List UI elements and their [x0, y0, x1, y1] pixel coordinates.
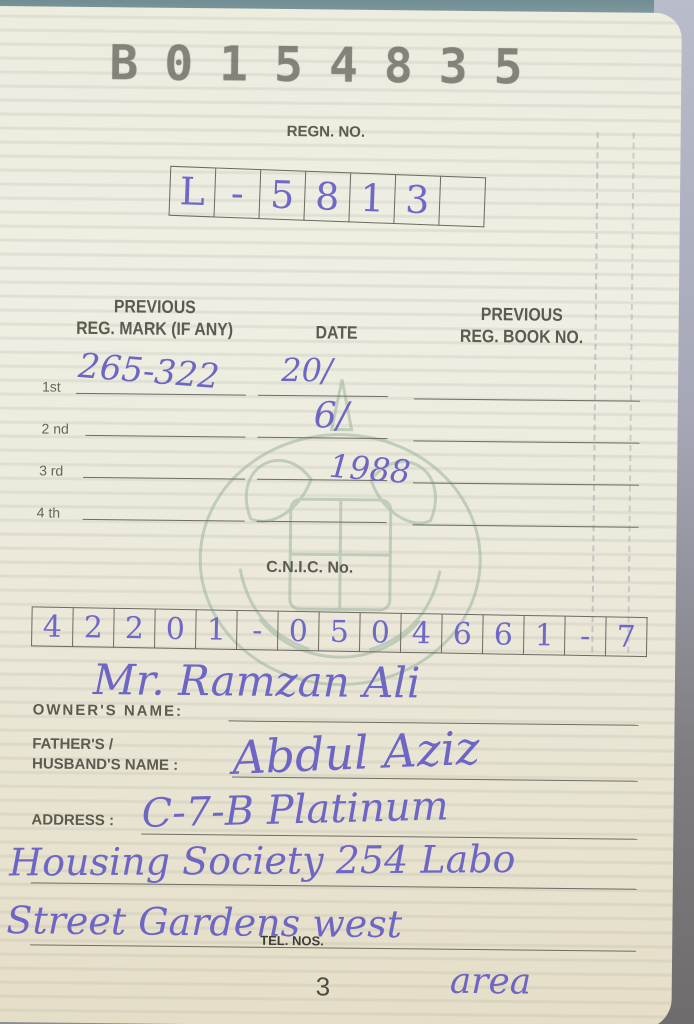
registration-book-page: B0154835 REGN. NO. L - 5 8 1 3 PREVIOUS … — [0, 6, 682, 1024]
cnic-cell: 0 — [278, 611, 320, 652]
regn-cell — [439, 176, 486, 228]
cnic-cell: 0 — [155, 609, 197, 650]
cnic-cell: 2 — [114, 608, 156, 649]
regn-cell: 1 — [349, 172, 396, 224]
cnic-cell: 4 — [31, 606, 74, 647]
cnic-cell: 5 — [319, 611, 361, 652]
handwritten-address-line-1: C-7-B Platinum — [141, 783, 449, 836]
regn-cell: 3 — [394, 174, 441, 226]
row-label-1st: 1st — [42, 378, 61, 394]
handwritten-date-day: 20/ — [281, 351, 333, 390]
row-label-3rd: 3 rd — [39, 462, 63, 478]
cnic-cell: - — [565, 616, 607, 657]
cnic-cell: - — [237, 610, 279, 651]
handwritten-owner-name: Mr. Ramzan Ali — [93, 655, 421, 707]
header-previous-reg-mark: PREVIOUS REG. MARK (IF ANY) — [58, 295, 252, 341]
address-label: ADDRESS : — [31, 810, 114, 830]
row-label-4th: 4 th — [37, 504, 61, 520]
row-label-2nd: 2 nd — [41, 420, 68, 436]
handwritten-address-line-3: Street Gardens west — [6, 898, 402, 946]
handwritten-date-year: 1988 — [328, 447, 412, 491]
regn-cell: - — [214, 167, 261, 219]
header-date: DATE — [301, 321, 372, 344]
father-label-line2: HUSBAND'S NAME : — [32, 754, 178, 775]
cnic-cell: 1 — [196, 609, 238, 650]
handwritten-date-month: 6/ — [314, 395, 349, 436]
handwritten-address-line-4: area — [450, 961, 532, 1003]
regn-no-label: REGN. NO. — [287, 123, 366, 141]
cnic-label: C.N.I.C. No. — [266, 559, 353, 578]
handwritten-father-name: Abdul Aziz — [231, 721, 481, 785]
cnic-cell: 6 — [442, 614, 484, 655]
cnic-cell: 4 — [401, 613, 443, 654]
regn-cell: 5 — [259, 169, 306, 221]
perforated-serial-number: B0154835 — [109, 35, 549, 96]
regn-cell: 8 — [304, 171, 351, 223]
header-line: REG. MARK (IF ANY) — [58, 317, 252, 341]
cnic-cell: 2 — [73, 607, 115, 648]
cnic-cell: 6 — [483, 614, 525, 655]
cnic-cell: 1 — [524, 615, 566, 656]
header-line: REG. BOOK NO. — [438, 325, 605, 349]
cnic-cell: 0 — [360, 612, 402, 653]
father-label-line1: FATHER'S / — [32, 734, 113, 754]
page-number: 3 — [316, 971, 331, 1002]
regn-cell: L — [169, 166, 217, 218]
header-previous-reg-book-no: PREVIOUS REG. BOOK NO. — [438, 303, 606, 349]
handwritten-address-line-2: Housing Society 254 Labo — [9, 837, 516, 885]
faded-stamp-bleed — [591, 132, 634, 652]
header-line: PREVIOUS — [58, 295, 252, 319]
cnic-cell: 7 — [606, 616, 648, 657]
header-line: PREVIOUS — [438, 303, 605, 327]
